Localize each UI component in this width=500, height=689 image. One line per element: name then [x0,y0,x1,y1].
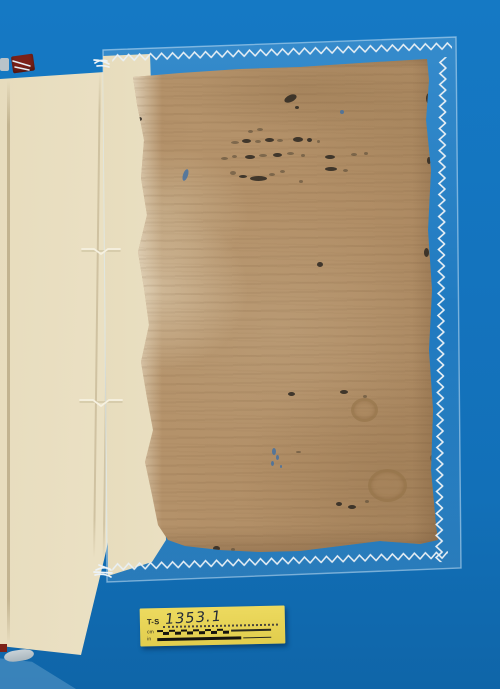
ink-mark [273,153,282,157]
ink-mark [288,392,295,396]
ink-mark [430,455,434,461]
scale-in-bar [157,636,241,641]
ink-mark [426,93,432,104]
zigzag-stitching-bottom [112,550,448,572]
page-edge [93,72,101,558]
ink-mark [231,141,239,144]
zigzag-stitching-top [112,41,452,63]
ink-mark-blue [181,169,189,182]
shelfmark-number: 1353.1 [161,609,222,627]
ink-mark [232,155,237,158]
shelfmark-label: T-S 1353.1 cm in [140,605,286,646]
scale-in-label: in [147,637,157,642]
ink-mark [259,154,267,157]
scale-in-row: in [147,634,278,644]
ink-mark [280,170,285,173]
ink-mark [336,502,342,506]
ink-mark [255,140,261,143]
ink-mark [287,152,294,155]
stain-ring [351,398,378,422]
shelfmark-dotted-line: 1353.1 [162,609,278,628]
ink-mark [257,128,263,131]
ink-mark [221,157,228,160]
ink-mark [213,546,220,551]
ink-mark [343,169,348,172]
ink-mark-blue [276,455,279,460]
ink-mark-blue [340,110,344,114]
stain-ring [368,469,407,502]
ink-mark [301,154,305,157]
ink-mark [364,152,368,155]
scale-cm-bar [157,628,229,635]
ink-mark [239,175,247,178]
ink-mark [307,138,312,142]
ink-mark [296,451,301,453]
ink-mark [365,500,369,503]
ink-mark [250,176,267,181]
ink-mark [277,139,283,142]
ink-mark [242,139,251,143]
ink-mark [265,138,274,142]
ink-mark [293,137,303,142]
shelfmark-prefix: T-S [147,617,160,628]
scale-in-line [243,637,271,639]
ink-mark [230,171,236,175]
photo-scene: T-S 1353.1 cm in [0,0,500,689]
ink-mark [340,390,348,394]
ink-mark [269,173,275,176]
ink-mark [351,153,357,156]
ink-mark [325,155,335,159]
ink-mark [299,180,303,183]
ink-mark [424,248,429,257]
page-gutter-fold [7,80,10,644]
ink-mark [317,262,323,267]
ink-mark [427,157,431,164]
ink-mark [231,548,235,551]
zigzag-stitching-right [434,57,448,562]
loose-thread-top [0,58,9,71]
binding-spine [11,54,35,74]
ink-mark [295,106,299,109]
loose-thread-bottom [3,648,34,663]
scale-cm-label: cm [147,630,157,635]
ink-mark [325,167,337,171]
ink-mark [245,155,255,159]
scale-cm-line [231,629,271,631]
ink-mark [348,505,356,509]
ink-mark-blue [272,448,276,455]
ink-mark [317,140,320,143]
ink-mark-blue [271,461,274,466]
ink-mark [283,93,298,105]
shelfmark-row: T-S 1353.1 [147,609,278,629]
spine-sliver [0,644,7,652]
ink-mark-blue [280,465,282,468]
ink-mark [248,130,253,133]
